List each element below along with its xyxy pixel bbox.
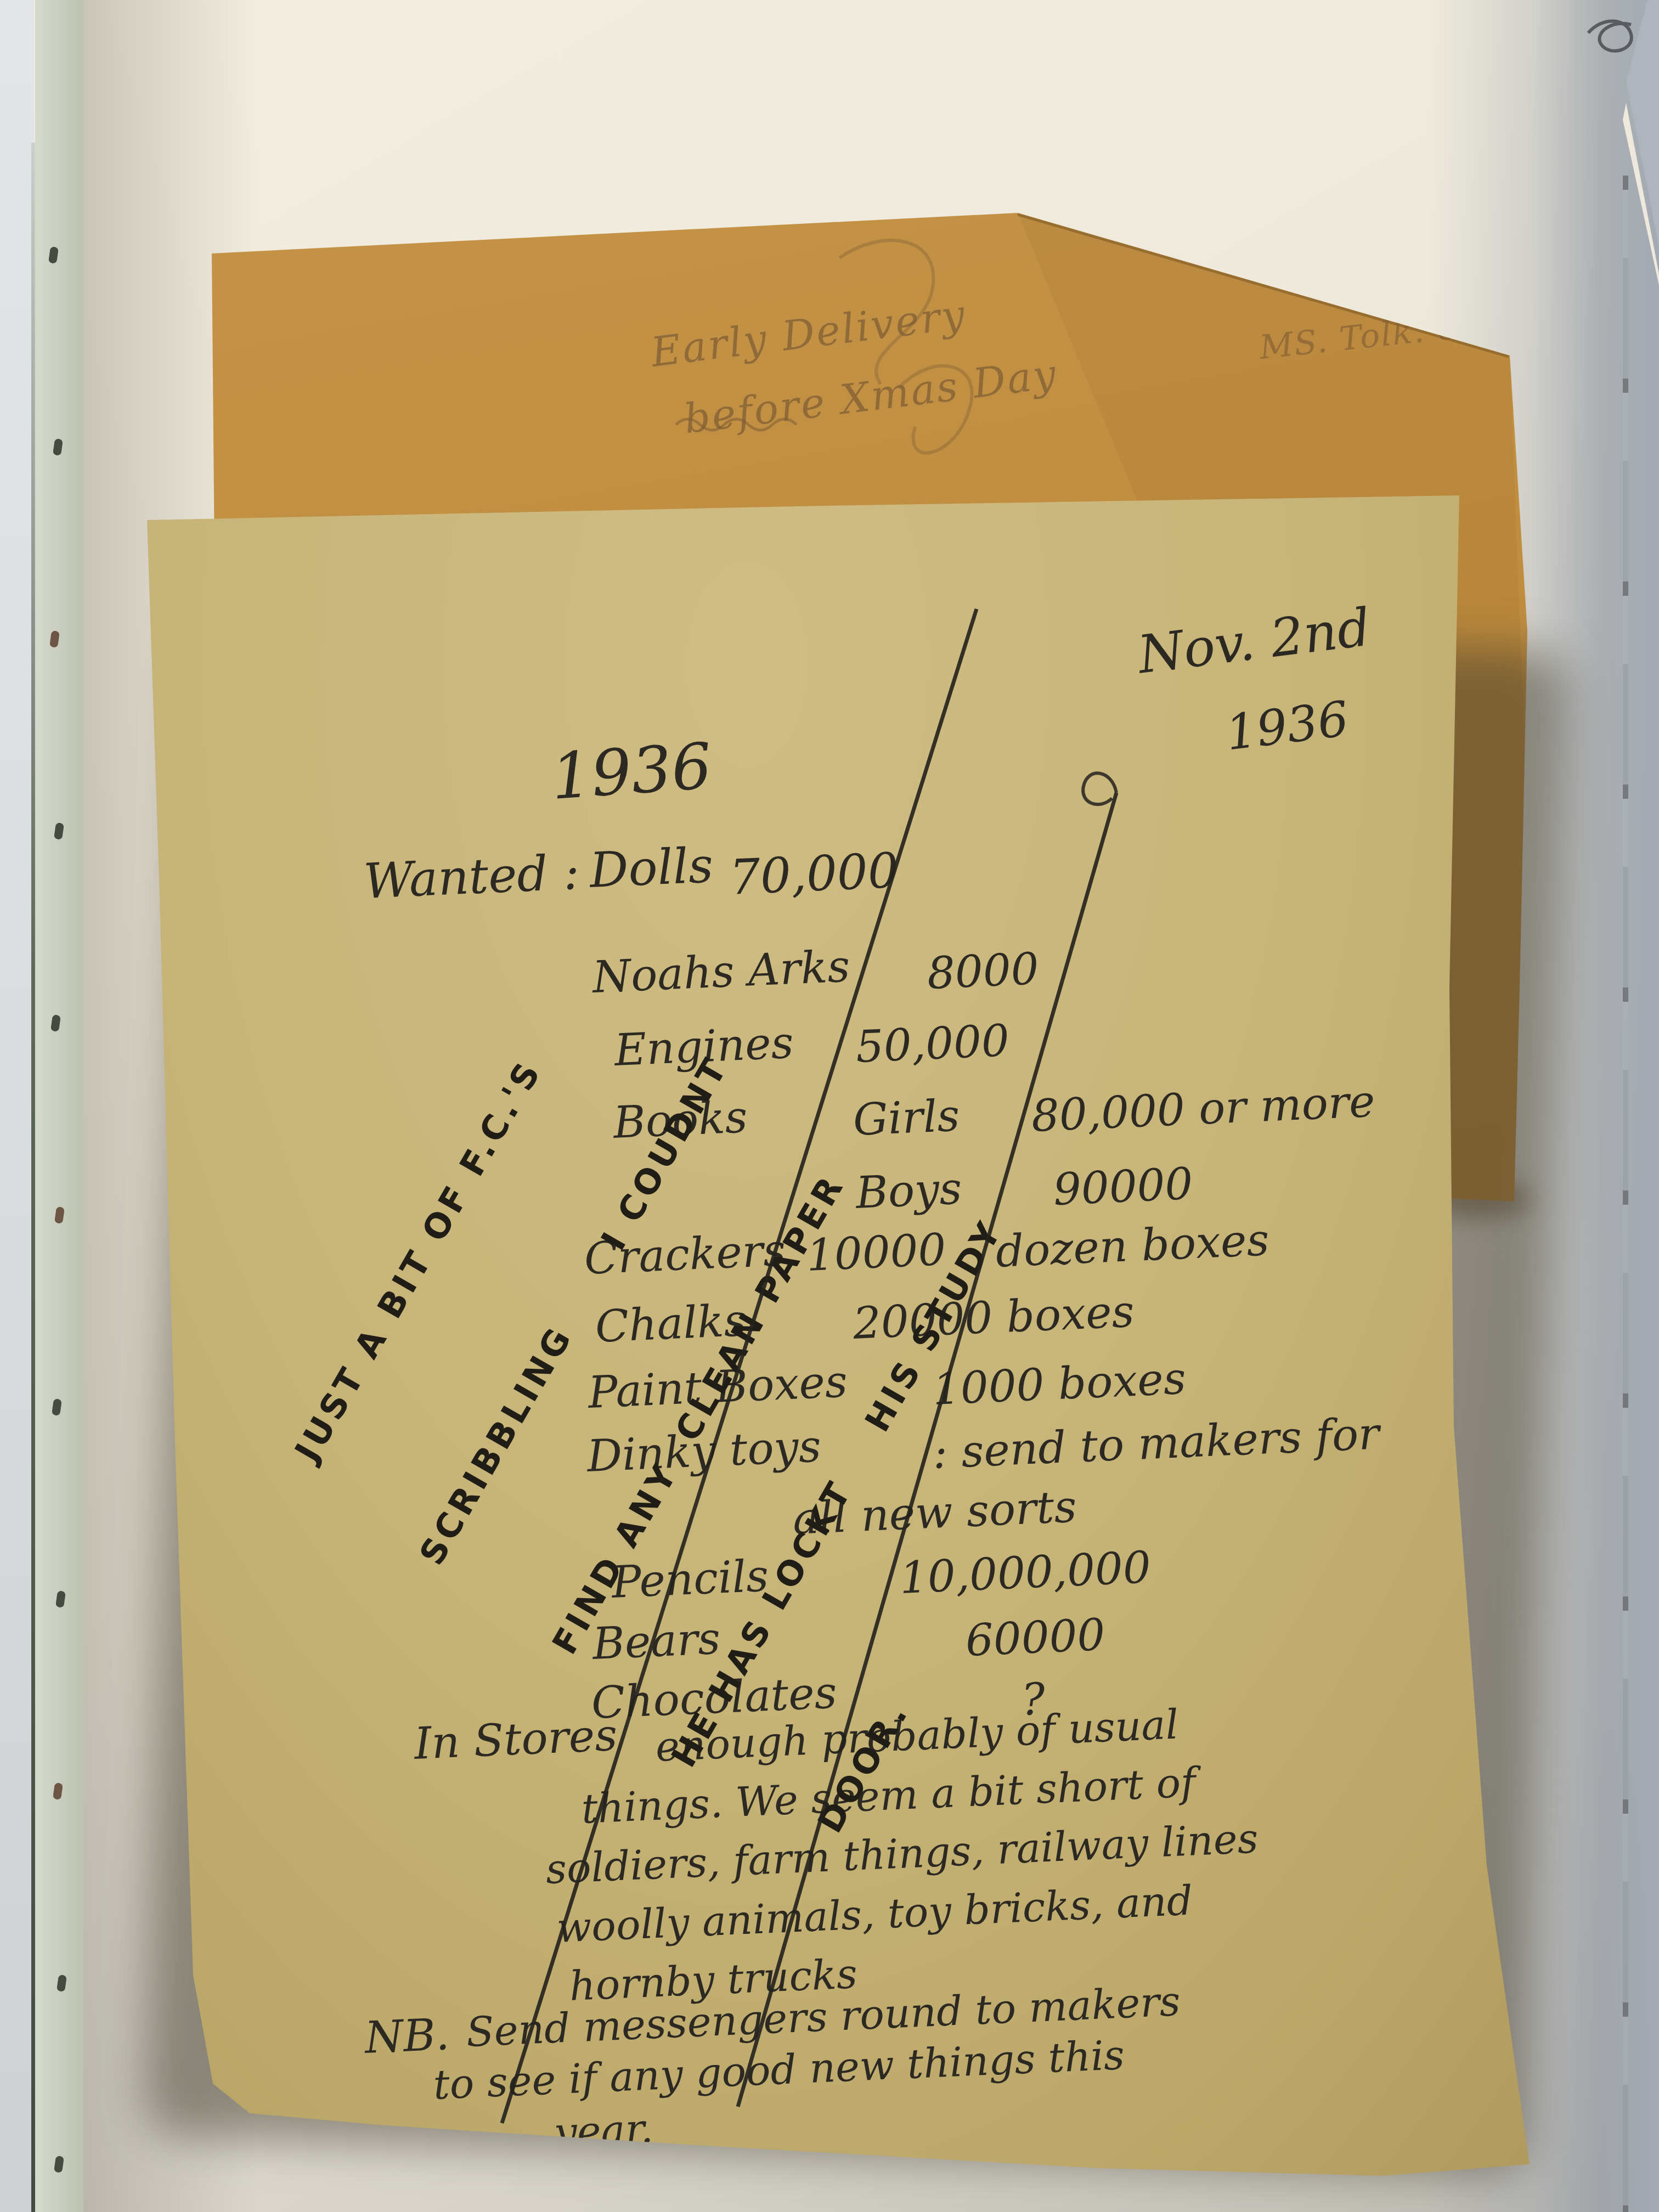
- in-stores-label: In Stores: [413, 1709, 618, 1769]
- letter-date-line2: 1936: [1223, 690, 1352, 761]
- side-note-line: HE HAS LOCKT HIS STUDY: [658, 1124, 1066, 1778]
- nb-label: NB.: [364, 2008, 450, 2063]
- letter-year-heading: 1936: [549, 730, 714, 814]
- letter-date-line1: Nov. 2nd: [1135, 597, 1374, 686]
- envelope-pencil-note-line1: Early Delivery: [648, 291, 969, 376]
- side-note-line: JUST A BIT OF F.C.'S: [281, 884, 651, 1471]
- wanted-qty: 70,000: [729, 842, 900, 906]
- binding-edge-line: [31, 143, 35, 2212]
- right-stitch-line: [1623, 176, 1628, 2212]
- side-note-line: SCRIBBLING I COUDNT: [406, 964, 789, 1575]
- side-note: JUST A BIT OF F.C.'S SCRIBBLING I COUDNT…: [150, 831, 750, 1595]
- book-photograph: Early Delivery before Xmas Day MS. Tolk.…: [0, 0, 1659, 2212]
- list-item-qty: 8000: [926, 943, 1040, 999]
- side-note-line: FIND ANY CLEAN PAPER: [539, 1043, 928, 1664]
- book-binding-edge: [35, 0, 83, 2212]
- book-cover-edge: [0, 0, 34, 2212]
- list-item-note: 80,000 or more: [1030, 1076, 1376, 1142]
